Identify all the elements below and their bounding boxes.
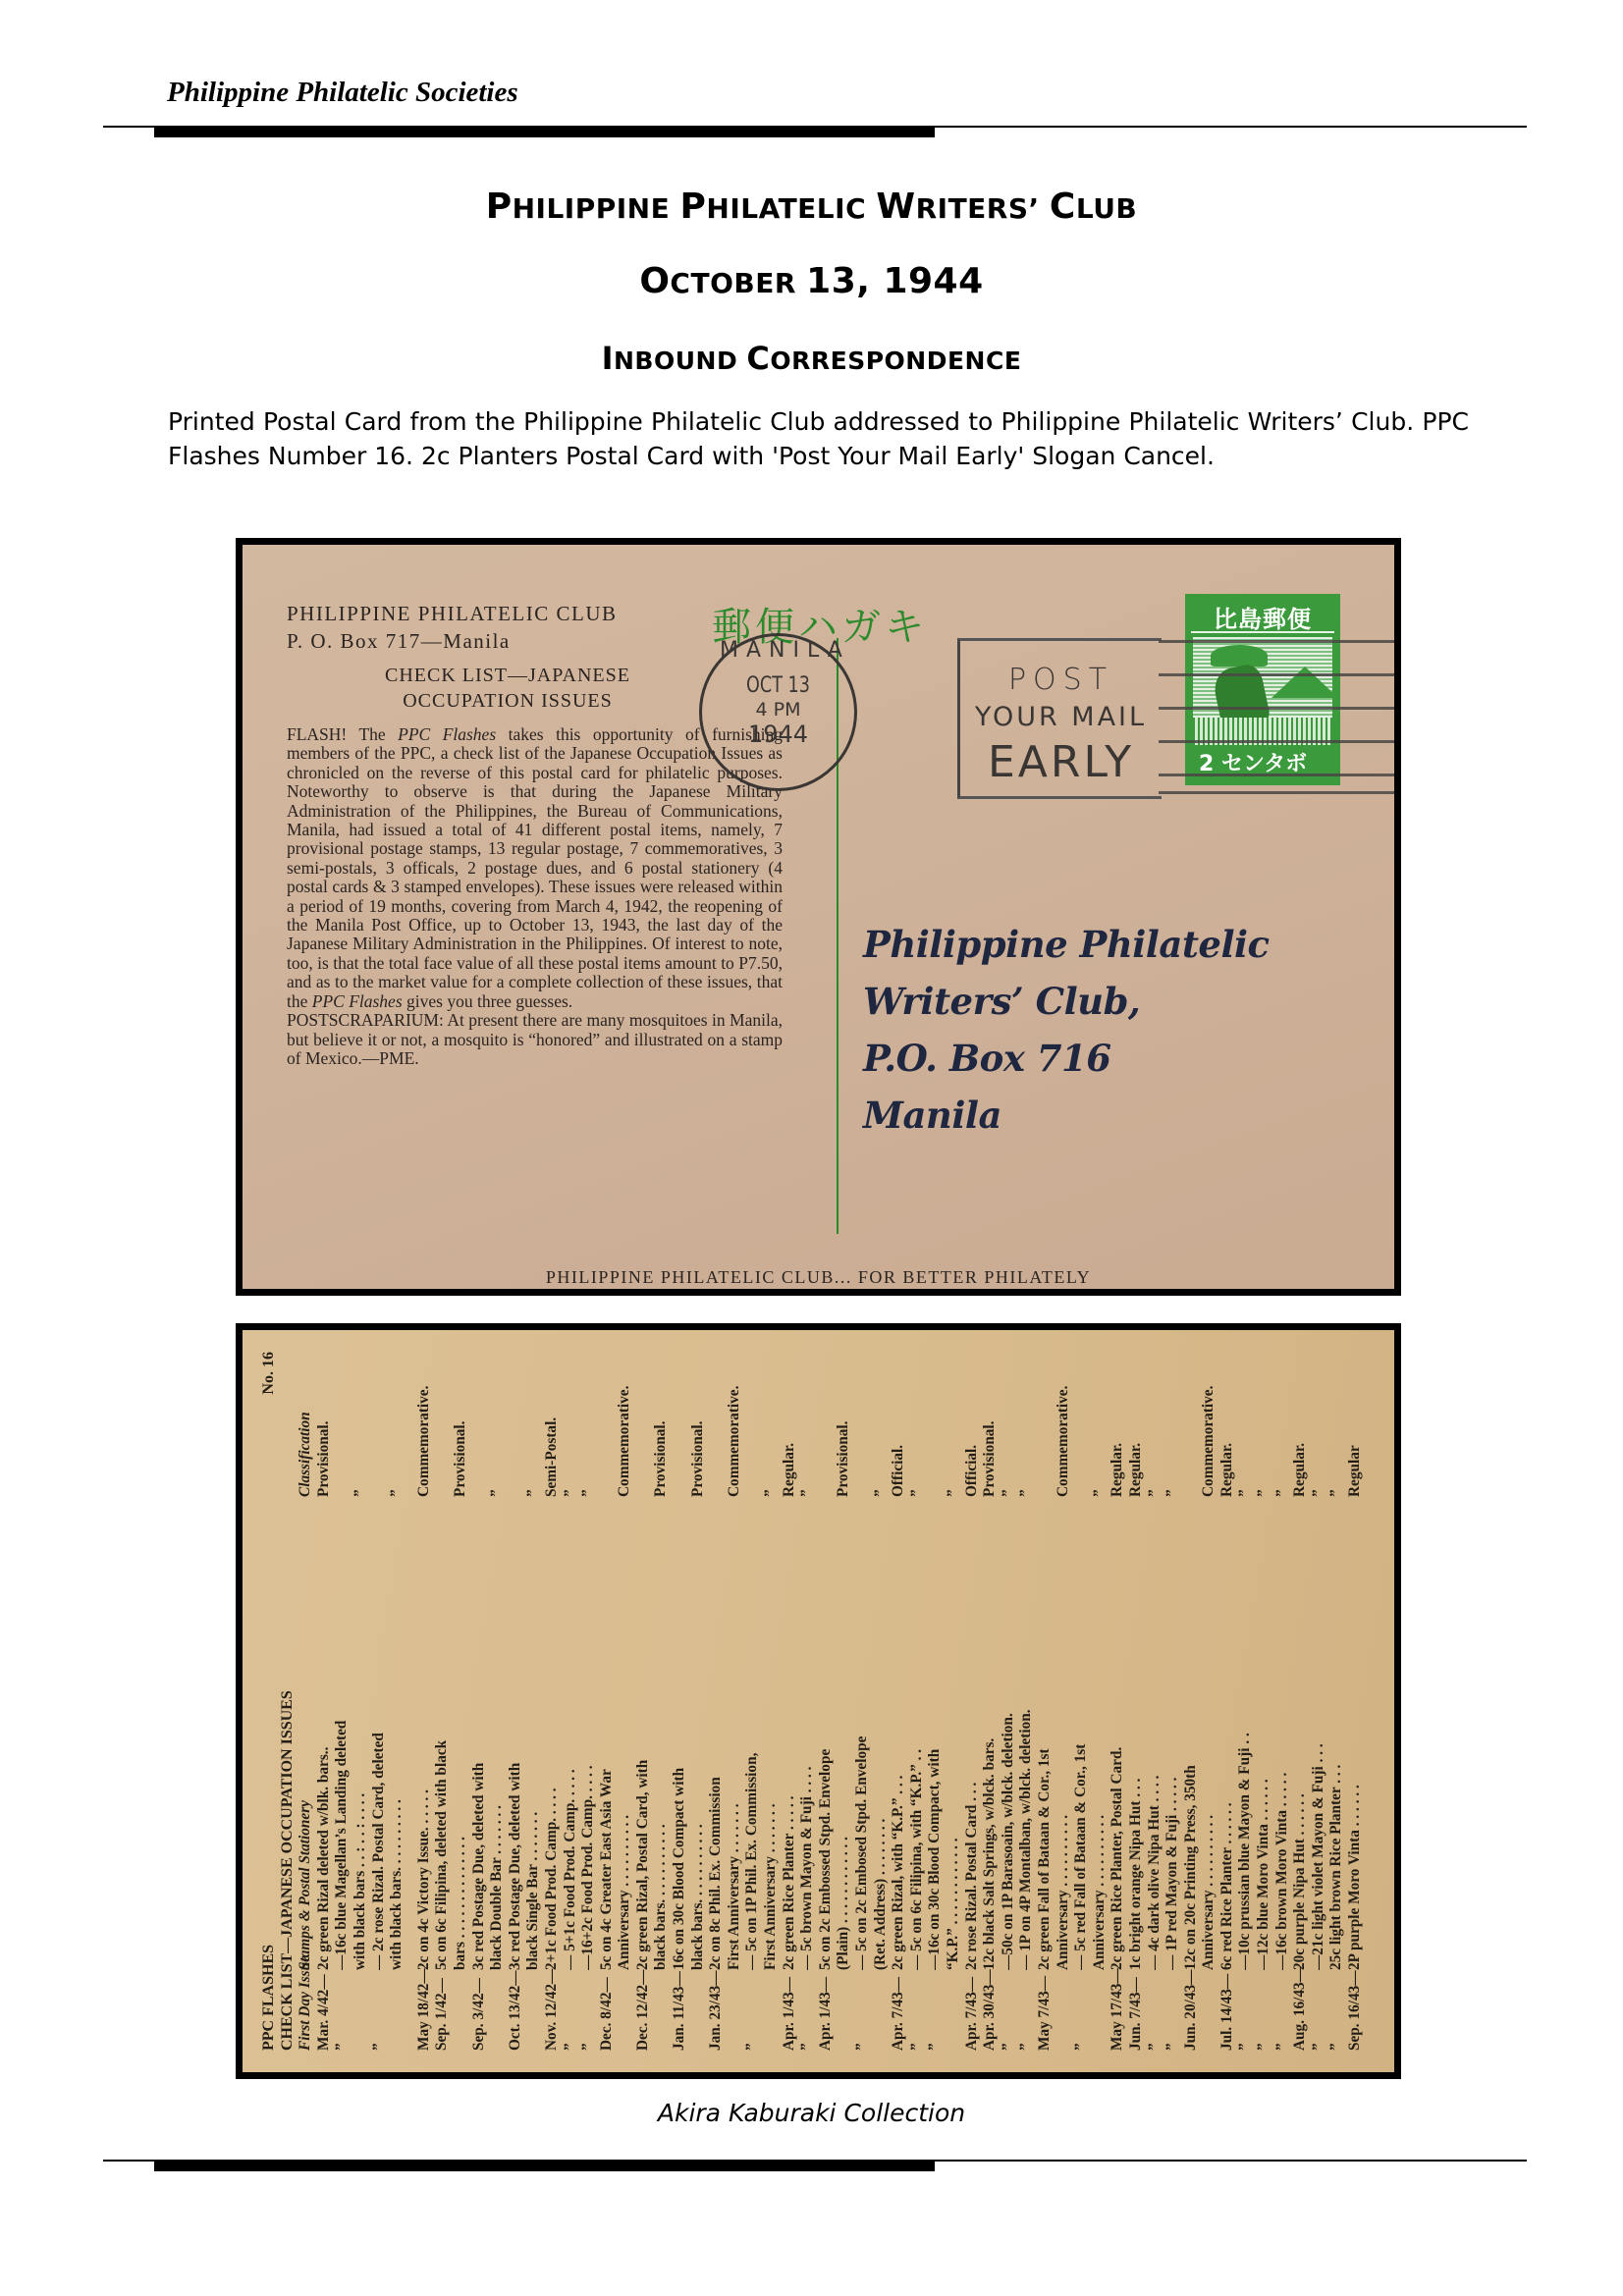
row-class [470,1352,489,1505]
checklist-row: ”—16c on 30c Blood Compact, with [926,1352,945,2051]
checklist-heading: CHECK LIST—JAPANESE OCCUPATION ISSUES [279,1352,298,2051]
checklist-row: Mar. 4/42—2c green Rizal deleted w/blk. … [315,1352,334,2051]
row-desc: 5c on 2c Embossed Stpd. Envelope [817,1505,836,1970]
checklist-row: (Ret. Address) . . . . . . . .” [872,1352,891,2051]
row-date: Dec. 8/42— [598,1970,617,2051]
sender-name: PHILIPPINE PHILATELIC CLUB [287,600,618,627]
checklist-row: Apr. 1/43—2c green Rice Planter . . . . … [781,1352,799,2051]
row-date [524,1970,543,2051]
checklist-title: CHECK LIST—JAPANESE OCCUPATION ISSUES [360,663,655,714]
row-date: Jan. 11/43— [671,1970,689,2051]
row-date: ” [1017,1970,1036,2051]
checklist-columns: First Day Issue Stamps & Postal Statione… [297,1352,315,2051]
row-date [652,1970,671,2051]
checklist-row: Nov. 12/42—2+1c Food Prod. Camp. . . . .… [543,1352,562,2051]
row-desc: — 1P red Mayon & Fuji . . . . . [1163,1505,1182,1970]
row-class: ” [1017,1352,1036,1505]
address-line: P.O. Box 716 [863,1030,1270,1087]
row-desc: 12c on 20c Printing Press, 350th [1182,1505,1201,1970]
row-date: ” [1072,1970,1091,2051]
row-desc: Anniversary . . . . . . . . . . [1091,1505,1109,1970]
checklist-row: May 7/43—2c green Fall of Bataan & Cor.,… [1036,1352,1055,2051]
postmark-city: MANILA [720,638,838,663]
row-class: ” [1273,1352,1292,1505]
row-desc: — 5c on 1P Phil. Ex. Commission, [743,1505,762,1970]
checklist-row: ”— 4c dark olive Nipa Hut . . . .” [1146,1352,1164,2051]
row-class: ” [579,1352,598,1505]
checklist-row: Apr. 7/43—2c rose Rizal. Postal Card . .… [963,1352,982,2051]
checklist-row: ”— 5+1c Food Prod. Camp. . . . .” [562,1352,580,2051]
row-date: Oct. 13/42— [507,1970,525,2051]
row-date [872,1970,891,2051]
row-class: ” [1163,1352,1182,1505]
cancel-bars [1159,638,1401,795]
row-class: Provisional. [452,1352,470,1505]
row-date: Jul. 14/43— [1218,1970,1237,2051]
row-desc: — 4c dark olive Nipa Hut . . . . [1146,1505,1164,1970]
checklist-row: ”—16+2c Food Prod. Camp. . . . .” [579,1352,598,2051]
row-class: Regular. [1109,1352,1127,1505]
row-class: ” [1000,1352,1018,1505]
row-class [433,1352,452,1505]
row-date: ” [853,1970,872,2051]
row-desc: —16c blue Magellan’s Landing deleted [333,1505,352,1970]
postmark-year: 1944 [702,721,854,748]
row-desc: 12c black Salt Springs, w/blck. bars. [981,1505,1000,1970]
row-class [743,1352,762,1505]
footer-rule-thick [154,2162,935,2171]
checklist-row: Sep. 3/42—3c red Postage Due, deleted wi… [470,1352,489,2051]
row-class: Provisional. [981,1352,1000,1505]
row-class: ” [945,1352,963,1505]
row-desc: 20c purple Nipa Hut . . . . . . [1291,1505,1310,1970]
row-date: Apr. 7/43— [890,1970,908,2051]
checklist-row: ”— 1P red Mayon & Fuji . . . . .” [1163,1352,1182,2051]
row-date: Jun. 20/43— [1182,1970,1201,2051]
row-desc: First Anniversary . . . . . . . [762,1505,781,1970]
row-class: Commemorative. [1200,1352,1218,1505]
row-date: Jan. 23/43— [707,1970,726,2051]
checklist-row: black bars. . . . . . . . . . .Provision… [652,1352,671,2051]
flash-label: FLASH! [287,724,347,744]
postmark-date: OCT 13 [718,673,839,698]
slogan-cancel: POST YOUR MAIL EARLY [957,638,1162,799]
checklist-row: Jun. 7/43—1c bright orange Nipa Hut . . … [1127,1352,1146,2051]
page-date: OCTOBER 13, 1944 [0,261,1623,301]
row-desc: — 5c on 2c Embosed Stpd. Envelope [853,1505,872,1970]
checklist-row: ”— 5c on 6c Filipina, with “K.P.” . .” [908,1352,927,2051]
row-class [853,1352,872,1505]
row-class [1036,1352,1055,1505]
publication-name: PPC Flashes [398,724,496,744]
row-class [507,1352,525,1505]
row-desc: 6c red Rice Planter . . . . . . [1218,1505,1237,1970]
row-class: ” [1310,1352,1328,1505]
row-date: ” [743,1970,762,2051]
checklist-row: Dec. 8/42—5c on 4c Greater East Asia War [598,1352,617,2051]
checklist-row: ”—21c light violet Mayon & Fuji . . .” [1310,1352,1328,2051]
stamp-inscription: 比島郵便 [1191,600,1334,633]
row-desc: First Anniversary . . . . . . . [726,1505,744,1970]
row-date: ” [370,1970,389,2051]
checklist-row: Apr. 1/43—5c on 2c Embossed Stpd. Envelo… [817,1352,836,2051]
row-class: Commemorative. [1055,1352,1073,1505]
row-class [817,1352,836,1505]
column-description: Stamps & Postal Stationery [297,1505,315,1970]
row-date: Apr. 1/43— [781,1970,799,2051]
row-date [1200,1970,1218,2051]
row-desc: 2c green Rizal, with “K.P.” . . . [890,1505,908,1970]
row-date: Sep. 16/43— [1346,1970,1365,2051]
row-class: Provisional. [835,1352,853,1505]
row-date: ” [1327,1970,1346,2051]
checklist-row: First Anniversary . . . . . . .Commemora… [726,1352,744,2051]
page-title: PHILIPPINE PHILATELIC WRITERS’ CLUB [0,187,1623,227]
sender-block: PHILIPPINE PHILATELIC CLUB P. O. Box 717… [287,600,618,655]
row-class: Commemorative. [726,1352,744,1505]
row-date [689,1970,708,2051]
checklist-row: ” 25c light brown Rice Planter . . .” [1327,1352,1346,2051]
row-date: Apr. 30/43— [981,1970,1000,2051]
checklist-row: May 17/43—2c green Rice Planter, Postal … [1109,1352,1127,2051]
row-date: Sep. 1/42— [433,1970,452,2051]
row-class: Regular [1346,1352,1365,1505]
checklist-publication: PPC FLASHES [260,1945,279,2051]
checklist-header: PPC FLASHES No. 16 [260,1352,279,2051]
row-date: Apr. 7/43— [963,1970,982,2051]
slogan-line: YOUR MAIL [960,702,1162,732]
checklist-row: (Plain) . . . . . . . . . . . .Provision… [835,1352,853,2051]
flash-body-end: gives you three guesses. [406,991,572,1011]
row-desc: 2c on 8c Phil. Ex. Commission [707,1505,726,1970]
row-date: ” [562,1970,580,2051]
checklist-row: Apr. 30/43—12c black Salt Springs, w/blc… [981,1352,1000,2051]
checklist-row: ”— 5c on 1P Phil. Ex. Commission, [743,1352,762,2051]
postal-card-back: PPC FLASHES No. 16 CHECK LIST—JAPANESE O… [236,1323,1401,2079]
row-date: ” [1163,1970,1182,2051]
checklist-row: Anniversary . . . . . . . . . .Commemora… [616,1352,634,2051]
rotated-checklist: PPC FLASHES No. 16 CHECK LIST—JAPANESE O… [243,1330,1394,2072]
checklist-row: Sep. 1/42—5c on 6c Filipina, deleted wit… [433,1352,452,2051]
row-class: Provisional. [652,1352,671,1505]
row-desc: black Single Bar . . . . . . . [524,1505,543,1970]
checklist-row: Anniversary . . . . . . . . . .” [1091,1352,1109,2051]
checklist-row: ”—50c on 1P Barasoain, w/blck. deletion.… [1000,1352,1018,2051]
row-class: ” [488,1352,507,1505]
row-date: Apr. 1/43— [817,1970,836,2051]
checklist-row: Jan. 23/43—2c on 8c Phil. Ex. Commission [707,1352,726,2051]
postal-card-front: PHILIPPINE PHILATELIC CLUB P. O. Box 717… [236,538,1401,1296]
row-date: ” [926,1970,945,2051]
row-date: Dec. 12/42— [634,1970,653,2051]
row-desc: 3c red Postage Due, deleted with [507,1505,525,1970]
running-head: Philippine Philatelic Societies [167,77,518,109]
row-desc: 2+1c Food Prod. Camp. . . . . [543,1505,562,1970]
row-date [452,1970,470,2051]
row-date: Aug. 16/43— [1291,1970,1310,2051]
row-desc: 25c light brown Rice Planter . . . [1327,1505,1346,1970]
checklist-row: ”—10c prussian blue Mayon & Fuji . .” [1236,1352,1255,2051]
row-desc: — 2c rose Rizal. Postal Card, deleted [370,1505,389,1970]
checklist-row: black Double Bar . . . . . . .” [488,1352,507,2051]
row-desc: Anniversary . . . . . . . . . . [616,1505,634,1970]
row-desc: —16c brown Moro Vinta . . . . . [1273,1505,1292,1970]
row-date [352,1970,370,2051]
row-desc: black Double Bar . . . . . . . [488,1505,507,1970]
header-rule-thick [154,128,935,137]
card-footer-slogan: PHILIPPINE PHILATELIC CLUB... FOR BETTER… [243,1267,1394,1288]
row-class: Semi-Postal. [543,1352,562,1505]
row-class: Regular. [1291,1352,1310,1505]
row-desc: 2c green Rizal, Postal Card, with [634,1505,653,1970]
postmark: MANILA OCT 13 4 PM 1944 [699,633,857,791]
row-class [634,1352,653,1505]
row-class: Commemorative. [415,1352,434,1505]
checklist-row: with black bars. . . . . . . . . .” [388,1352,406,2051]
row-desc: 5c on 4c Greater East Asia War [598,1505,617,1970]
postmark-time: 4 PM [702,699,854,721]
row-class: ” [1236,1352,1255,1505]
row-date: ” [798,1970,817,2051]
sender-address: P. O. Box 717—Manila [287,627,618,655]
row-class: ” [798,1352,817,1505]
row-desc: 5c on 6c Filipina, deleted with black [433,1505,452,1970]
checklist-row: Apr. 7/43—2c green Rizal, with “K.P.” . … [890,1352,908,2051]
row-date [488,1970,507,2051]
publication-name: PPC Flashes [312,991,403,1011]
row-class [333,1352,352,1505]
row-date [945,1970,963,2051]
address-line: Manila [863,1087,1270,1144]
checklist-row: Sep. 16/43—2P purple Moro Vinta . . . . … [1346,1352,1365,2051]
row-desc: 2c green Rice Planter, Postal Card. [1109,1505,1127,1970]
address-line: Writers’ Club, [863,973,1270,1030]
row-class [1072,1352,1091,1505]
row-desc: black bars. . . . . . . . . . . [689,1505,708,1970]
row-desc: black bars. . . . . . . . . . . [652,1505,671,1970]
postscript: POSTSCRAPARIUM: At present there are man… [287,1011,783,1068]
checklist-row: ”—16c blue Magellan’s Landing deleted [333,1352,352,2051]
row-date [1091,1970,1109,2051]
row-class: ” [388,1352,406,1505]
row-date: ” [1273,1970,1292,2051]
row-desc: 2P purple Moro Vinta . . . . . . [1346,1505,1365,1970]
row-date [1055,1970,1073,2051]
row-class: ” [908,1352,927,1505]
collection-caption: Akira Kaburaki Collection [0,2099,1623,2127]
row-date: Sep. 3/42— [470,1970,489,2051]
checklist-rows: Mar. 4/42—2c green Rizal deleted w/blk. … [315,1352,1365,2051]
row-date: ” [1255,1970,1273,2051]
row-desc: —21c light violet Mayon & Fuji . . . [1310,1505,1328,1970]
row-class: ” [1146,1352,1164,1505]
row-class: Regular. [781,1352,799,1505]
checklist-row: black bars. . . . . . . . . . .Provision… [689,1352,708,2051]
row-desc: 2c green Rice Planter . . . . . [781,1505,799,1970]
address-line: Philippine Philatelic [863,916,1270,973]
row-desc: Anniversary . . . . . . . . . . [1200,1505,1218,1970]
checklist-row: black Single Bar . . . . . . .” [524,1352,543,2051]
row-desc: bars . . . . . . . . . . . . . . [452,1505,470,1970]
checklist-row: ”— 1P on 4P Montalban, w/blck. deletion.… [1017,1352,1036,2051]
flash-text: FLASH! The PPC Flashes takes this opport… [287,725,783,1068]
checklist-row: Oct. 13/42—3c red Postage Due, deleted w… [507,1352,525,2051]
row-date [835,1970,853,2051]
row-desc: — 5c brown Mayon & Fuji . . . . [798,1505,817,1970]
row-class: Official. [890,1352,908,1505]
row-class: ” [1091,1352,1109,1505]
row-class [671,1352,689,1505]
row-date [762,1970,781,2051]
checklist-row: bars . . . . . . . . . . . . . .Provisio… [452,1352,470,2051]
row-desc: (Plain) . . . . . . . . . . . . [835,1505,853,1970]
checklist-row: ”— 5c brown Mayon & Fuji . . . .” [798,1352,817,2051]
row-date [726,1970,744,2051]
row-class [707,1352,726,1505]
checklist-row: Jan. 11/43—16c on 30c Blood Compact with [671,1352,689,2051]
checklist-row: May 18/42—2c on 4c Victory Issue. . . . … [415,1352,434,2051]
row-desc: —16c on 30c Blood Compact, with [926,1505,945,1970]
row-class [1182,1352,1201,1505]
slogan-line: EARLY [960,737,1162,787]
checklist-row [406,1352,415,2051]
row-date: Jun. 7/43— [1127,1970,1146,2051]
row-class: ” [562,1352,580,1505]
column-classification: Classification [297,1352,315,1505]
row-desc: —12c blue Moro Vinta . . . . . . [1255,1505,1273,1970]
checklist-row: ”— 2c rose Rizal. Postal Card, deleted [370,1352,389,2051]
row-desc: —50c on 1P Barasoain, w/blck. deletion. [1000,1505,1018,1970]
row-desc: 2c rose Rizal. Postal Card . . . [963,1505,982,1970]
row-desc: 2c green Rizal deleted w/blk. bars.. [315,1505,334,1970]
row-date: ” [1310,1970,1328,2051]
row-class: Official. [963,1352,982,1505]
row-desc: 3c red Postage Due, deleted with [470,1505,489,1970]
row-date [388,1970,406,2051]
row-date: May 7/43— [1036,1970,1055,2051]
row-desc: —10c prussian blue Mayon & Fuji . . [1236,1505,1255,1970]
row-date: ” [333,1970,352,2051]
row-desc: 2c green Fall of Bataan & Cor., 1st [1036,1505,1055,1970]
row-date: ” [1146,1970,1164,2051]
checklist-row: ”—12c blue Moro Vinta . . . . . .” [1255,1352,1273,2051]
checklist-row: Dec. 12/42—2c green Rizal, Postal Card, … [634,1352,653,2051]
row-desc: (Ret. Address) . . . . . . . . [872,1505,891,1970]
row-desc: 16c on 30c Blood Compact with [671,1505,689,1970]
row-date: ” [579,1970,598,2051]
checklist-title-line2: OCCUPATION ISSUES [360,688,655,714]
row-date: ” [1000,1970,1018,2051]
checklist-row: ”— 5c on 2c Embosed Stpd. Envelope [853,1352,872,2051]
row-class: Provisional. [315,1352,334,1505]
page-subtitle: INBOUND CORRESPONDENCE [0,340,1623,377]
row-desc: — 5+1c Food Prod. Camp. . . . . [562,1505,580,1970]
checklist-row: Jul. 14/43—6c red Rice Planter . . . . .… [1218,1352,1237,2051]
checklist-row: Aug. 16/43—20c purple Nipa Hut . . . . .… [1291,1352,1310,2051]
checklist-title-line1: CHECK LIST—JAPANESE [360,663,655,688]
row-class [370,1352,389,1505]
checklist-row: with black bars . . : . . : . . . .” [352,1352,370,2051]
flash-the: The [358,724,385,744]
row-desc: 2c on 4c Victory Issue. . . . . . [415,1505,434,1970]
row-desc: —16+2c Food Prod. Camp. . . . . [579,1505,598,1970]
flash-body: takes this opportunity of furnishing mem… [287,724,783,1011]
checklist-row: Jun. 20/43—12c on 20c Printing Press, 35… [1182,1352,1201,2051]
checklist-row: Anniversary . . . . . . . . . .Commemora… [1200,1352,1218,2051]
checklist-row: ”— 5c red Fall of Bataan & Cor., 1st [1072,1352,1091,2051]
column-date: First Day Issue [297,1970,315,2051]
recipient-address: Philippine Philatelic Writers’ Club, P.O… [863,916,1270,1144]
row-desc: “K.P.” . . . . . . . . . . . . [945,1505,963,1970]
row-desc: 1c bright orange Nipa Hut . . . [1127,1505,1146,1970]
checklist-issue-number: No. 16 [260,1352,279,1395]
checklist-row: First Anniversary . . . . . . .” [762,1352,781,2051]
row-desc: — 1P on 4P Montalban, w/blck. deletion. [1017,1505,1036,1970]
checklist-row: Anniversary . . . . . . . . . .Commemora… [1055,1352,1073,2051]
slogan-line: POST [960,663,1162,697]
row-class: ” [872,1352,891,1505]
description: Printed Postal Card from the Philippine … [168,404,1469,473]
checklist-row: “K.P.” . . . . . . . . . . . .” [945,1352,963,2051]
row-date: Nov. 12/42— [543,1970,562,2051]
row-desc: — 5c on 6c Filipina, with “K.P.” . . [908,1505,927,1970]
row-desc: Anniversary . . . . . . . . . . [1055,1505,1073,1970]
row-date: May 17/43— [1109,1970,1127,2051]
row-class: ” [352,1352,370,1505]
row-class: ” [1327,1352,1346,1505]
row-date [616,1970,634,2051]
row-class: Regular. [1218,1352,1237,1505]
row-class: Regular. [1127,1352,1146,1505]
row-desc: with black bars . . : . . : . . . . [352,1505,370,1970]
checklist-row: ”—16c brown Moro Vinta . . . . .” [1273,1352,1292,2051]
row-desc: with black bars. . . . . . . . . . [388,1505,406,1970]
row-date: ” [1236,1970,1255,2051]
row-class [926,1352,945,1505]
row-class: Commemorative. [616,1352,634,1505]
row-class: ” [524,1352,543,1505]
row-date: ” [908,1970,927,2051]
row-class: ” [762,1352,781,1505]
row-class: Provisional. [689,1352,708,1505]
row-desc: — 5c red Fall of Bataan & Cor., 1st [1072,1505,1091,1970]
checklist: PPC FLASHES No. 16 CHECK LIST—JAPANESE O… [260,1352,1365,2051]
row-date: Mar. 4/42— [315,1970,334,2051]
row-class: ” [1255,1352,1273,1505]
row-class [598,1352,617,1505]
row-date: May 18/42— [415,1970,434,2051]
